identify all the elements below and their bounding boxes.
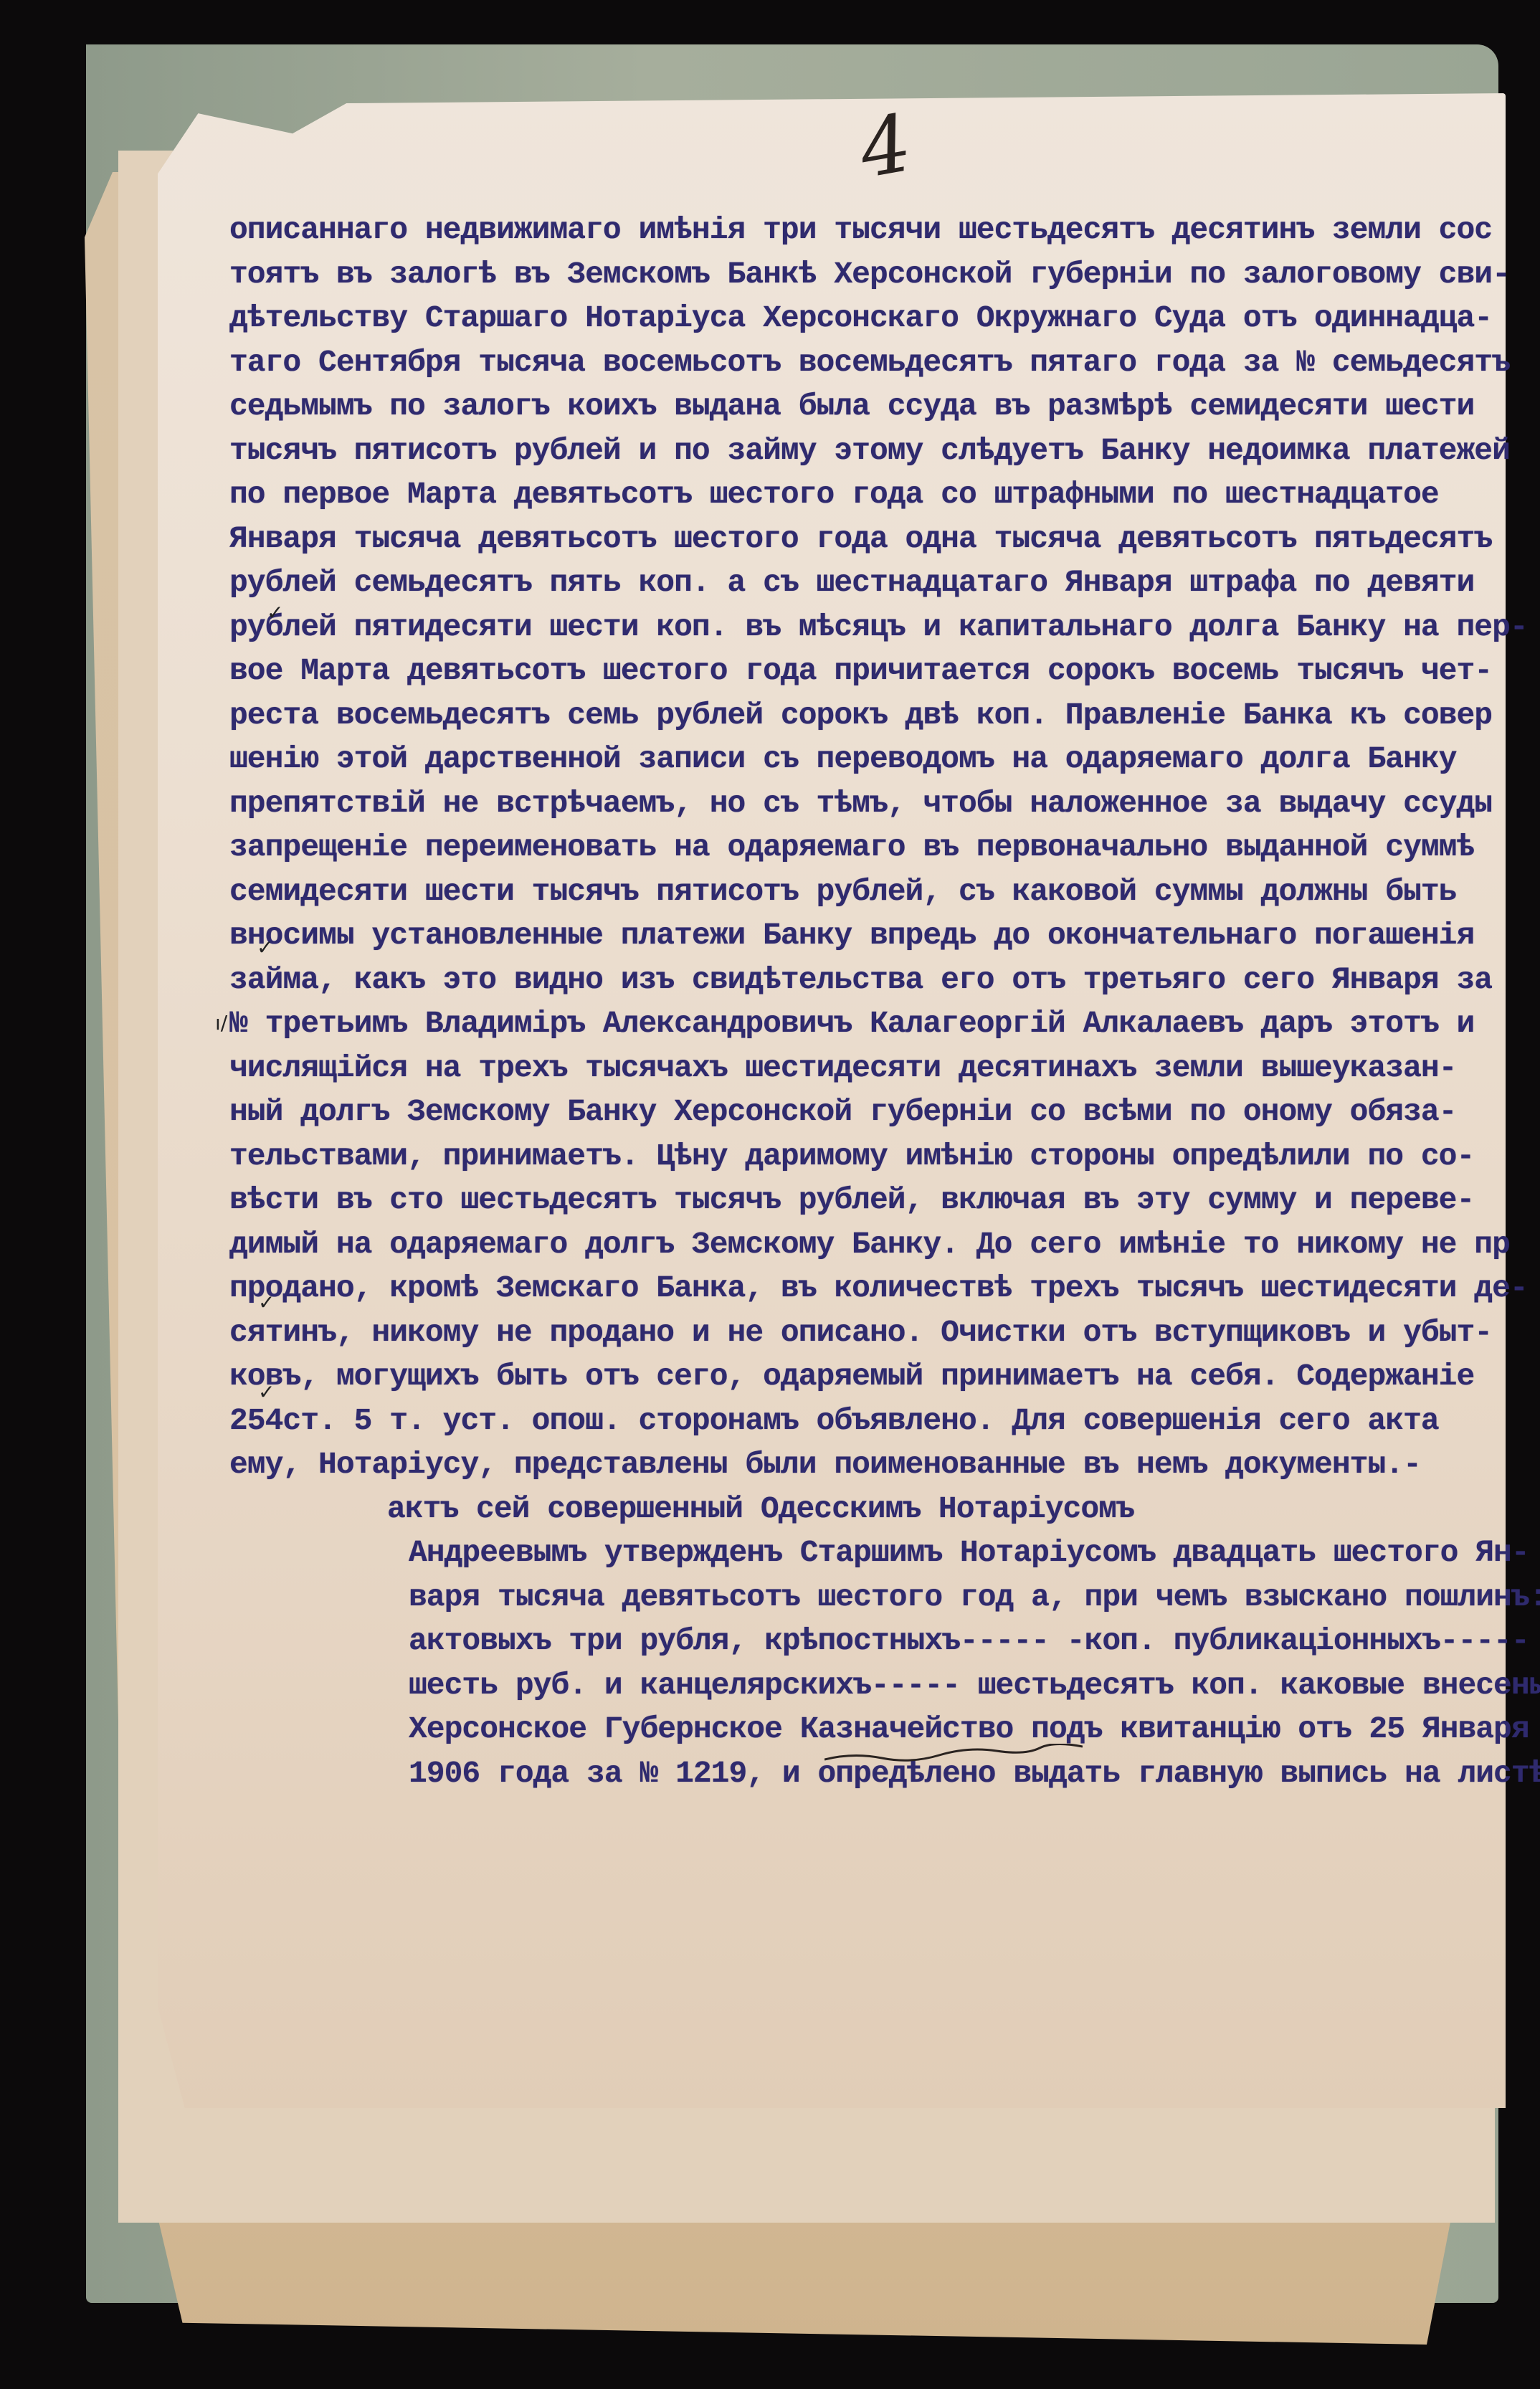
text-line: димый на одаряемаго долгъ Земскому Банку… — [229, 1222, 1463, 1267]
typed-text-body: описаннаго недвижимаго имѣнія три тысячи… — [229, 208, 1463, 1795]
text-line: сятинъ, никому не продано и не описано. … — [229, 1311, 1463, 1355]
text-line: вносимы установленные платежи Банку впре… — [229, 913, 1463, 958]
margin-tick-mark: ı/ — [215, 1011, 227, 1035]
text-line: тоятъ въ залогѣ въ Земскомъ Банкѣ Херсон… — [229, 252, 1463, 297]
text-line: таго Сентября тысяча восемьсотъ восемьде… — [229, 341, 1463, 385]
text-line: шенію этой дарственной записи съ перевод… — [229, 737, 1463, 782]
text-line: числящійся на трехъ тысячахъ шестидесяти… — [229, 1046, 1463, 1091]
text-line: препятствій не встрѣчаемъ, но съ тѣмъ, ч… — [229, 782, 1463, 826]
margin-check-mark: ✓ — [257, 936, 273, 959]
text-line: 254ст. 5 т. уст. опош. сторонамъ объявле… — [229, 1399, 1463, 1443]
text-line: тельствами, принимаетъ. Цѣну даримому им… — [229, 1134, 1463, 1179]
text-line: рублей семьдесятъ пять коп. а съ шестнад… — [229, 561, 1463, 605]
text-line: дѣтельству Старшаго Нотаріуса Херсонскаг… — [229, 296, 1463, 341]
text-line: по первое Марта девятьсотъ шестого года … — [229, 472, 1463, 517]
text-line: реста восемьдесятъ семь рублей сорокъ дв… — [229, 693, 1463, 738]
text-line: Января тысяча девятьсотъ шестого года од… — [229, 517, 1463, 561]
text-line: № третьимъ Владиміръ Александровичъ Кала… — [229, 1002, 1463, 1046]
text-line: рублей пятидесяти шести коп. въ мѣсяцъ и… — [229, 605, 1463, 650]
text-line: ный долгъ Земскому Банку Херсонской губе… — [229, 1090, 1463, 1134]
text-line: продано, кромѣ Земскаго Банка, въ количе… — [229, 1266, 1463, 1311]
text-line: актовыхъ три рубля, крѣпостныхъ----- -ко… — [229, 1619, 1463, 1663]
text-line: Андреевымъ утвержденъ Старшимъ Нотаріусо… — [229, 1531, 1463, 1575]
margin-check-mark: ✓ — [258, 1291, 275, 1314]
text-line: варя тысяча девятьсотъ шестого год а, пр… — [229, 1575, 1463, 1620]
text-line: тысячъ пятисотъ рублей и по займу этому … — [229, 429, 1463, 473]
margin-check-mark: ✓ — [258, 1380, 275, 1404]
text-line: ковъ, могущихъ быть отъ сего, одаряемый … — [229, 1354, 1463, 1399]
text-line: седьмымъ по залогъ коихъ выдана была ссу… — [229, 384, 1463, 429]
text-line: займа, какъ это видно изъ свидѣтельства … — [229, 958, 1463, 1002]
text-line: вое Марта девятьсотъ шестого года причит… — [229, 649, 1463, 693]
text-line: вѣсти въ сто шестьдесятъ тысячъ рублей, … — [229, 1178, 1463, 1222]
text-line: шесть руб. и канцелярскихъ----- шестьдес… — [229, 1663, 1463, 1708]
text-line: семидесяти шести тысячъ пятисотъ рублей,… — [229, 870, 1463, 914]
margin-check-mark: ✓ — [267, 601, 283, 624]
text-line: запрещеніе переименовать на одаряемаго в… — [229, 825, 1463, 870]
text-line: описаннаго недвижимаго имѣнія три тысячи… — [229, 208, 1463, 252]
text-line: актъ сей совершенный Одесскимъ Нотаріусо… — [229, 1487, 1463, 1531]
handwritten-line-filler — [824, 1744, 1083, 1765]
text-line: ему, Нотаріусу, представлены были поимен… — [229, 1443, 1463, 1487]
